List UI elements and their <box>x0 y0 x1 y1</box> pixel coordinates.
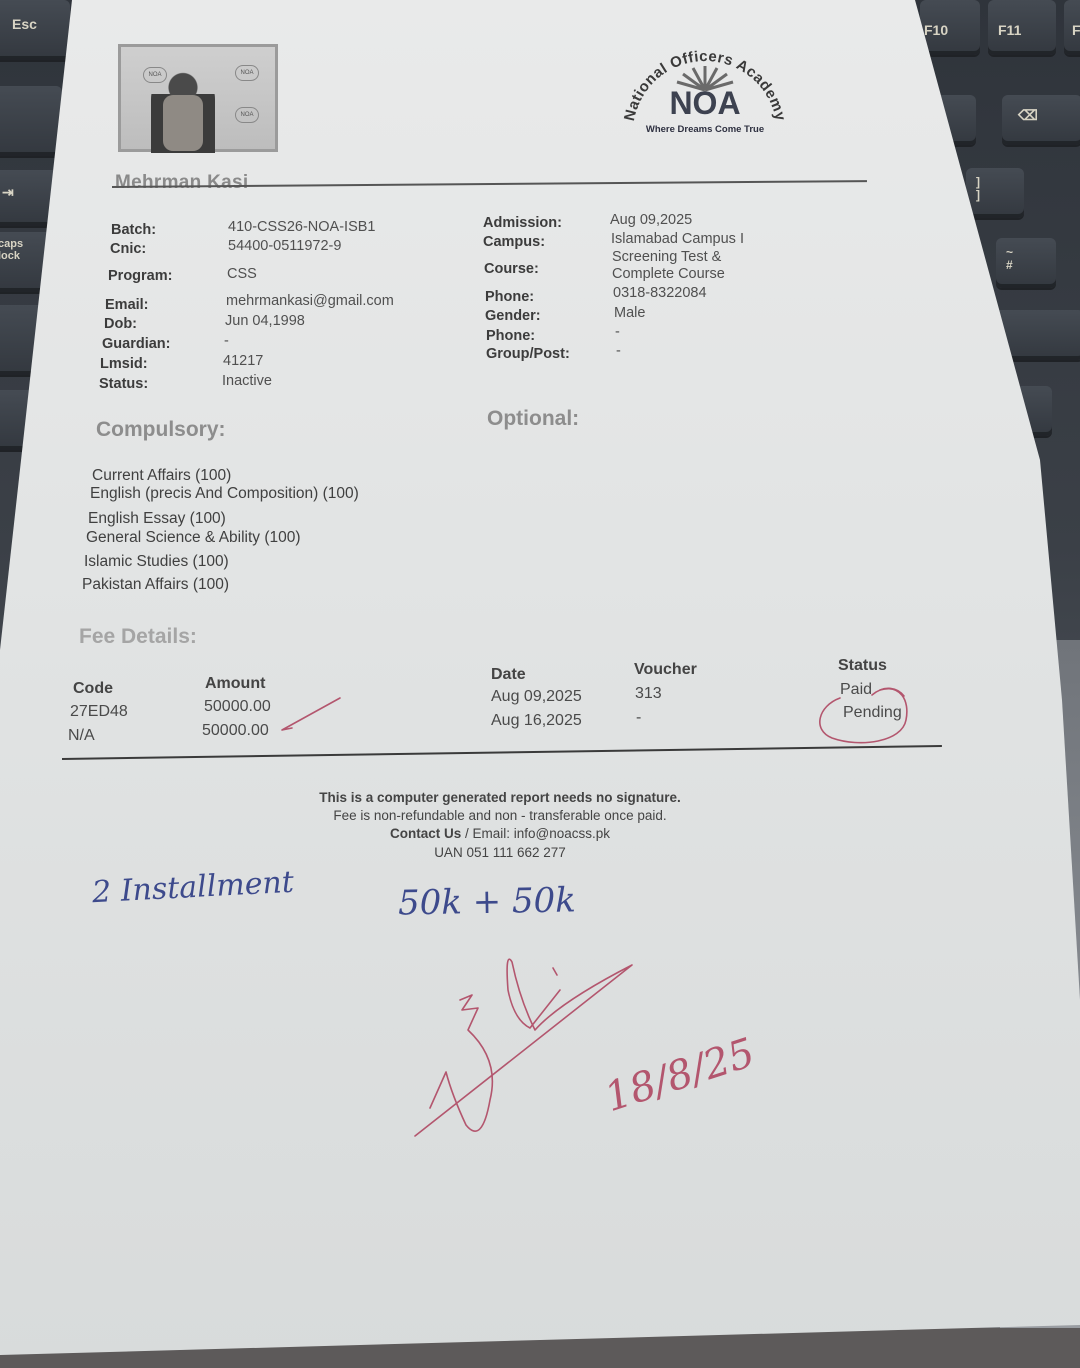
pending-circle-mark <box>820 689 907 743</box>
backspace-icon: ⌫ <box>1018 107 1038 124</box>
key-f11: F11 <box>988 0 1056 55</box>
signature-mark <box>415 959 632 1136</box>
check-mark-icon <box>282 698 340 730</box>
key-tab-upper <box>0 86 62 156</box>
key-esc: Esc <box>0 0 70 60</box>
key-hash: ~# <box>996 238 1056 288</box>
key-f12: F <box>1064 0 1080 55</box>
key-backspace: ⌫ <box>1002 95 1080 145</box>
red-ink-annotations: 18/8/25 <box>0 0 1080 1368</box>
handwritten-date: 18/8/25 <box>599 1030 760 1121</box>
key-f10: F10 <box>920 0 980 55</box>
fee-report-paper: NOA NOA NOA National Officers Academy N <box>0 0 1080 1368</box>
key-bracket: ]] <box>966 168 1024 218</box>
